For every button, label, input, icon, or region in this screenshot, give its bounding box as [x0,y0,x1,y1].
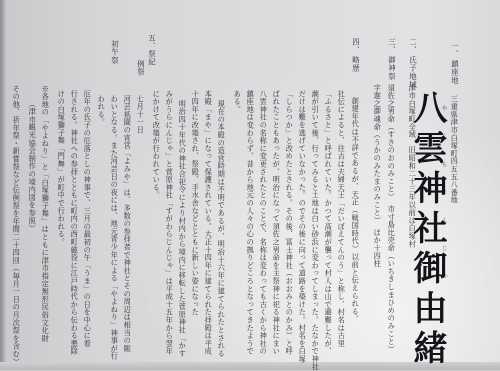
hatsuuma-line: 行される。神社への参拝とともに町内の西町厳役に江戸時代から伝わる悪除 [71,90,78,355]
section-4-line: ばれたこともあったが、明治になって須佐之男命を主祭神に祀る神社にまい [273,90,280,355]
section-4-line: 本殿「まや」になって保護されている。大正十四年に建てられた拝殿は平成 [205,90,212,355]
section-4-line: ある。 [234,90,241,113]
reisai-line: 河芸祇園の宵宮「よみや」は、多数の参拝者で神社とその周辺は相当の賑 [124,95,131,352]
section-4-line: 「しらつか」と改めたとされる。その後、冨士神社（おおみとのかみ）と呼 [286,90,293,355]
section-4-number: 四、 [352,38,359,54]
section-4-line: 明治四十年代の神社合祀令により村内から境内に移転した菅原神社「かす [179,100,186,357]
hatsuuma-line: けの白塚獅子舞「門舞」が町中で行われる。 [58,90,65,246]
section-5-number: 五、 [148,34,155,50]
section-3-heading: 御神祭 [388,56,395,81]
section-4-line: みがうらにんじゃ」と菅原神社「すがわらじんじゃ」は平成十五年から翌年 [166,90,173,355]
section-4-line: 八雲神社の名称に変更されたとのことで、名称は変わっても古くから神社の [260,90,267,355]
reisai-line: われる。 [98,95,105,126]
section-5-heading: 祭紀 [148,50,155,66]
section-2-text: 津市白塚町全域 旧昭和二十三年以前は白塚村 [409,84,416,248]
reisai-date: 七月十一日 [137,95,144,134]
hatsuuma-line: 厄年の氏子の厄落としの神事で、三月の最初の午「うま」の日を中心に着 [84,90,91,347]
section-4-line: にかけて改築が行われている。 [153,90,160,199]
section-4-line: だけは難を逃げていなかった。のでその後に向って道路を築けた。村名を白塚 [299,90,306,363]
section-3-line-1: 須佐之男命（すさのおのみこと） 市寸島比売命（いちきしまひめのみこと） [388,84,395,353]
hatsuuma-label: 初午祭 [111,40,118,65]
reisai-label: 例祭 [137,60,144,76]
section-4-line: 鎮座地は変わらず、昔から地元の人々の心の拠りどころとなってきたようで [247,90,254,355]
section-1-text: 三重県津市白塚町四五五八番地 [451,95,458,204]
section-1-heading: 鎮座地 [451,60,458,85]
closing-line: その他、祈年祭・新嘗祭など伝例祭を年間二十四回（毎月一日の月次祭を含む） [13,85,20,366]
board-frame-left [0,0,6,370]
note-line: ※各地の「やよねり」と「白塚獅子舞」はともに津市指定無形民俗文化財 [42,85,49,342]
section-3-line-2: 宇迦之御魂命（うかのみたまのみこと） ほか十四柱 [374,84,381,268]
section-4-line: 創建年代は不詳であるが、天正（戦国時代）以前と伝えられる。 [352,97,359,323]
section-4-line: 潮が引いて後、行ってみると土地は白い砂浜に変わってしまった。たなかで神社 [312,90,319,370]
section-4-line: 現在の本殿の造営時期は不明であるが、明治十六年に建てられたとされる [218,100,225,357]
section-4-line: 社伝によると、往古は夫婦天王「だいぼえてんのう」と称し、村名は古里 [338,90,345,347]
section-1-number: 一、 [451,42,458,58]
shrine-history-signboard: やくもじんじゃ 八雲神社御由緒 一、 鎮座地 三重県津市白塚町四五五八番地 二、… [0,0,500,370]
section-3-number: 三、 [388,38,395,54]
section-2-number: 二、 [409,38,416,54]
section-4-line: 十四年に改築され、祭殿、手水舎などとともに新しい姿になった [192,90,199,316]
section-4-line: 「ふるさと」と呼ばれていた。かつて高潮が襲って村人は山で避難したが、 [325,90,332,355]
reisai-line: わいとなる。また河芸日の夜には、地元青少年による「やよねり」神事が行 [111,95,118,360]
note-line: （津市観光協会制作の境内図を参照） [29,100,36,233]
section-4-heading: 略歴 [352,56,359,72]
